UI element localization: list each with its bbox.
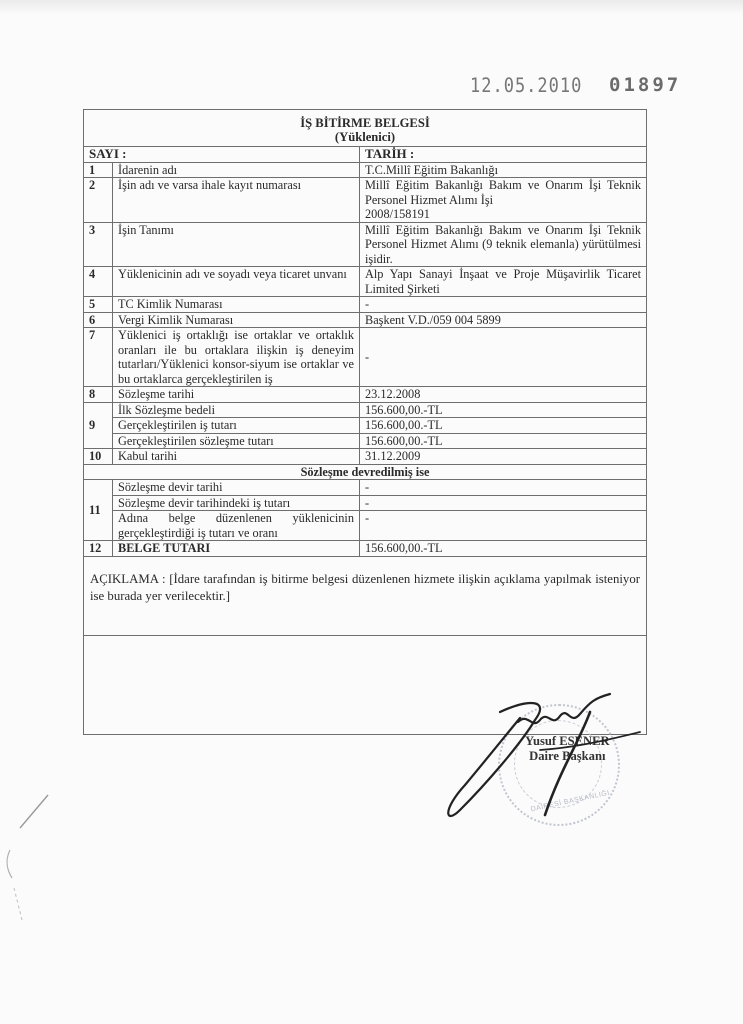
table-row: 3 İşin Tanımı Millî Eğitim Bakanlığı Bak… <box>84 222 647 267</box>
scan-edge <box>0 0 743 14</box>
row-number: 10 <box>84 449 113 465</box>
document-title: İŞ BİTİRME BELGESİ (Yüklenici) <box>84 110 647 147</box>
row-label: Yüklenicinin adı ve soyadı veya ticaret … <box>113 267 360 297</box>
row-label: Adına belge düzenlenen yüklenicinin gerç… <box>113 511 360 541</box>
registry-date: 12.05.2010 <box>470 75 582 98</box>
row-value: - <box>360 511 647 541</box>
row-value: T.C.Millî Eğitim Bakanlığı <box>360 162 647 178</box>
row-number: 9 <box>84 402 113 449</box>
tarih-label: TARİH : <box>360 147 647 163</box>
row-number: 1 <box>84 162 113 178</box>
transfer-section-title: Sözleşme devredilmiş ise <box>84 464 647 480</box>
row-value: Millî Eğitim Bakanlığı Bakım ve Onarım İ… <box>360 222 647 267</box>
row-value: Başkent V.D./059 004 5899 <box>360 312 647 328</box>
row-label: İlk Sözleşme bedeli <box>113 402 360 418</box>
row-label: İdarenin adı <box>113 162 360 178</box>
row-number: 4 <box>84 267 113 297</box>
row-value: 23.12.2008 <box>360 387 647 403</box>
table-row: 9 İlk Sözleşme bedeli 156.600,00.-TL <box>84 402 647 418</box>
table-row: 7 Yüklenici iş ortaklığı ise ortaklar ve… <box>84 328 647 387</box>
row-number: 3 <box>84 222 113 267</box>
row-label: BELGE TUTARI <box>113 541 360 557</box>
row-label: TC Kimlik Numarası <box>113 297 360 313</box>
registry-number: 01897 <box>609 74 681 96</box>
row-label: Gerçekleştirilen iş tutarı <box>113 418 360 434</box>
row-label: İşin adı ve varsa ihale kayıt numarası <box>113 178 360 223</box>
row-number: 6 <box>84 312 113 328</box>
sayi-label: SAYI : <box>84 147 360 163</box>
table-row: 5 TC Kimlik Numarası - <box>84 297 647 313</box>
row-label: Sözleşme devir tarihindeki iş tutarı <box>113 495 360 511</box>
row-value: 31.12.2009 <box>360 449 647 465</box>
signatory-block: Yusuf ESENER Daire Başkanı <box>525 734 610 764</box>
row-value: 156.600,00.-TL <box>360 418 647 434</box>
table-row: 11 Sözleşme devir tarihi - <box>84 480 647 496</box>
row-label: Sözleşme devir tarihi <box>113 480 360 496</box>
table-row: Gerçekleştirilen sözleşme tutarı 156.600… <box>84 433 647 449</box>
official-seal: DAİRESİ BAŞKANLIĞI <box>498 704 620 826</box>
row-number: 11 <box>84 480 113 541</box>
title-text: İŞ BİTİRME BELGESİ <box>89 116 641 130</box>
row-value: Alp Yapı Sanayi İnşaat ve Proje Müşavirl… <box>360 267 647 297</box>
row-number: 12 <box>84 541 113 557</box>
table-row: 6 Vergi Kimlik Numarası Başkent V.D./059… <box>84 312 647 328</box>
row-label: Yüklenici iş ortaklığı ise ortaklar ve o… <box>113 328 360 387</box>
table-row: 10 Kabul tarihi 31.12.2009 <box>84 449 647 465</box>
table-row: Sözleşme devir tarihindeki iş tutarı - <box>84 495 647 511</box>
table-row: Gerçekleştirilen iş tutarı 156.600,00.-T… <box>84 418 647 434</box>
row-value: - <box>360 495 647 511</box>
signatory-name: Yusuf ESENER <box>525 734 610 749</box>
row-value: - <box>360 297 647 313</box>
row-number: 2 <box>84 178 113 223</box>
row-label: Vergi Kimlik Numarası <box>113 312 360 328</box>
table-row: 8 Sözleşme tarihi 23.12.2008 <box>84 387 647 403</box>
row-value: 156.600,00.-TL <box>360 402 647 418</box>
table-row: 1 İdarenin adı T.C.Millî Eğitim Bakanlığ… <box>84 162 647 178</box>
row-number: 8 <box>84 387 113 403</box>
row-value: 156.600,00.-TL <box>360 433 647 449</box>
table-row: 12 BELGE TUTARI 156.600,00.-TL <box>84 541 647 557</box>
margin-pencil-mark <box>0 780 120 930</box>
row-value: - <box>360 480 647 496</box>
signatory-title: Daire Başkanı <box>525 749 610 764</box>
certificate-table: İŞ BİTİRME BELGESİ (Yüklenici) SAYI : TA… <box>83 109 647 735</box>
row-value: Millî Eğitim Bakanlığı Bakım ve Onarım İ… <box>360 178 647 223</box>
row-number: 5 <box>84 297 113 313</box>
registry-stamp: 12.05.2010 01897 <box>470 74 681 96</box>
row-label: Gerçekleştirilen sözleşme tutarı <box>113 433 360 449</box>
table-row: 2 İşin adı ve varsa ihale kayıt numarası… <box>84 178 647 223</box>
explanation-text: AÇIKLAMA : [İdare tarafından iş bitirme … <box>84 556 647 635</box>
table-row: Adına belge düzenlenen yüklenicinin gerç… <box>84 511 647 541</box>
row-label: Kabul tarihi <box>113 449 360 465</box>
row-number: 7 <box>84 328 113 387</box>
row-label: İşin Tanımı <box>113 222 360 267</box>
row-value: 156.600,00.-TL <box>360 541 647 557</box>
row-value: - <box>360 328 647 387</box>
row-label: Sözleşme tarihi <box>113 387 360 403</box>
subtitle-text: (Yüklenici) <box>89 130 641 144</box>
table-row: 4 Yüklenicinin adı ve soyadı veya ticare… <box>84 267 647 297</box>
